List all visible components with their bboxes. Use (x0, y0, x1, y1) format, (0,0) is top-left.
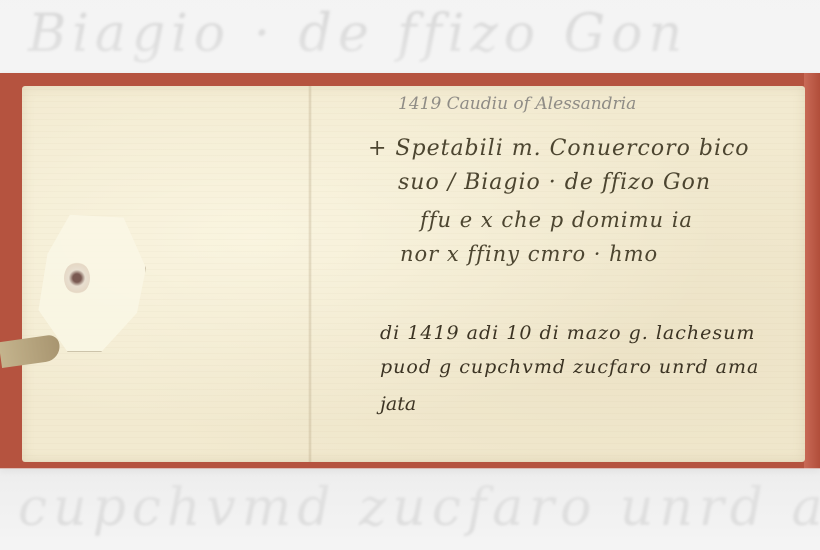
address-line: suo / Biagio · de ffizo Gon (398, 170, 711, 195)
paper-fold (308, 86, 312, 462)
address-line: nor x ffiny cmro · hmo (400, 242, 658, 266)
receipt-note-line: jata (380, 393, 416, 415)
ghost-fade-top (0, 0, 820, 76)
docket-note: 1419 Caudiu of Alessandria (398, 94, 636, 114)
red-mount-edge (804, 73, 820, 469)
address-line: ffu e x che p domimu ia (420, 208, 693, 232)
receipt-note-line: puod g cupchvmd zucfaro unrd ama (380, 356, 759, 378)
address-line: + Spetabili m. Conuercoro bico (368, 136, 750, 161)
ghost-fade-bottom (0, 468, 820, 550)
seal-hole-icon (64, 262, 90, 294)
receipt-note-line: di 1419 adi 10 di mazo g. lachesum (380, 322, 755, 344)
